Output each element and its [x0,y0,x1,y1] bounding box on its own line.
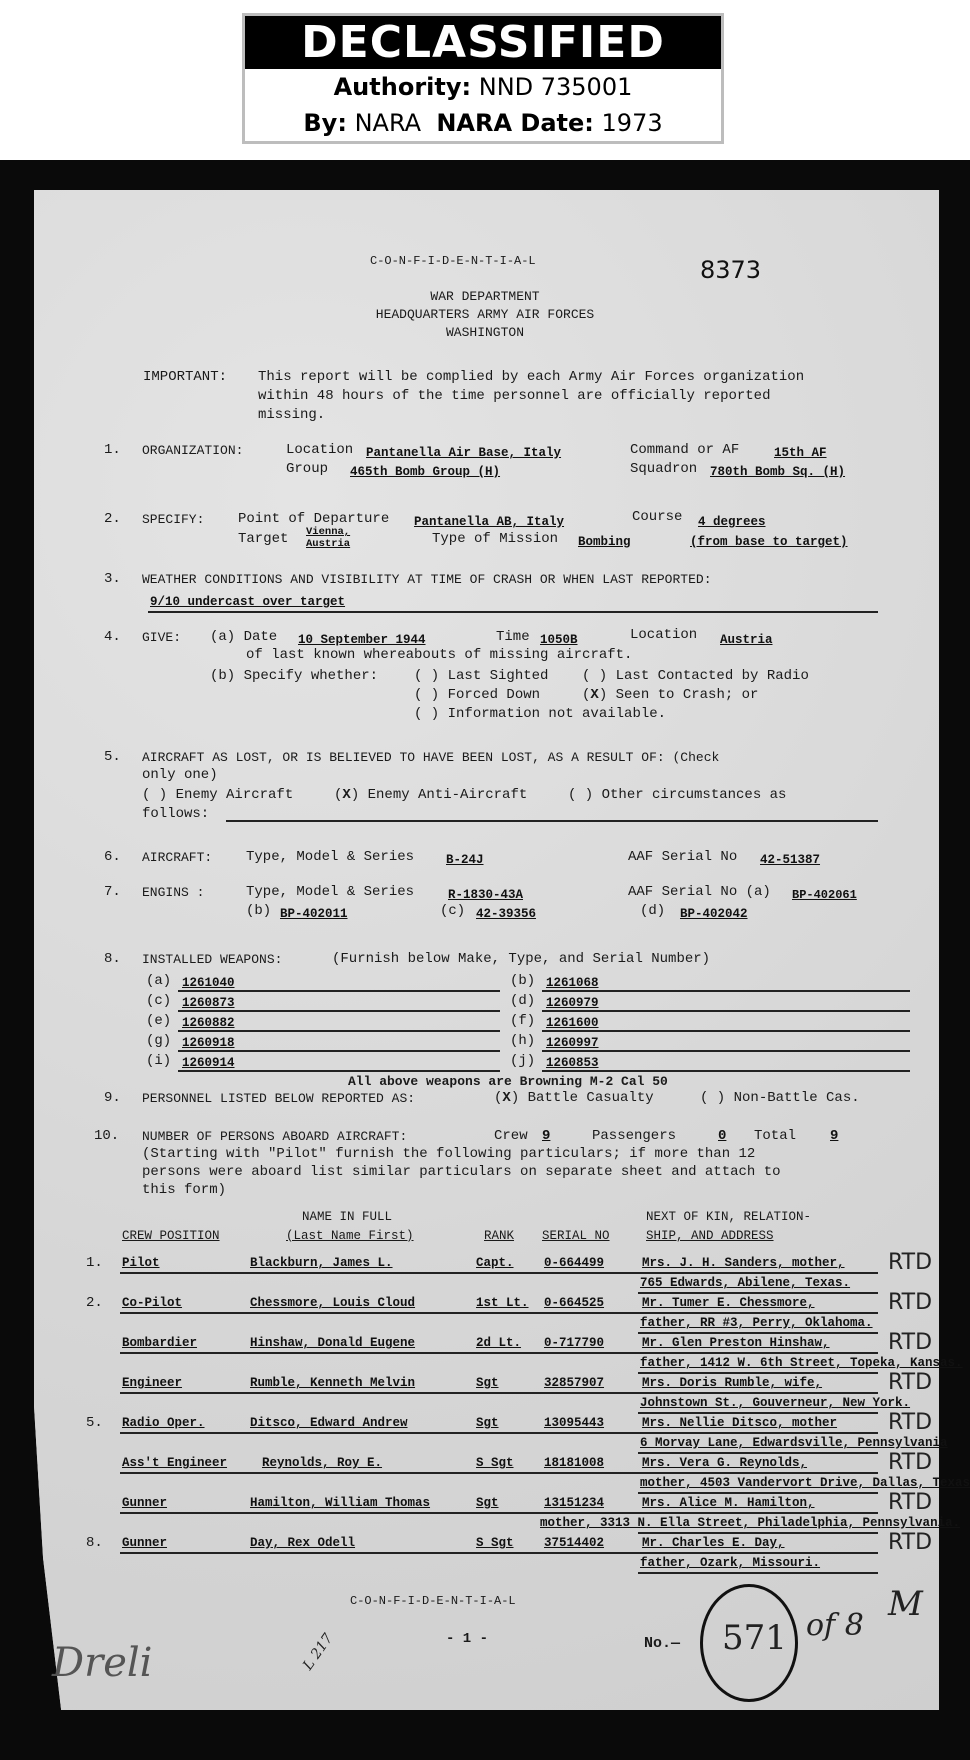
crew-row-rule [120,1352,878,1354]
crew-rank: Sgt [476,1374,499,1393]
item10-note2: persons were aboard list similar particu… [142,1163,781,1182]
crew-row-num: 5. [86,1414,103,1433]
weapon-key: (g) [146,1032,171,1051]
document-number: 8373 [700,256,761,284]
no-label: No.— [644,1634,680,1653]
item7-label: ENGINS : [142,883,204,902]
crew-kin-1: Mr. Glen Preston Hinshaw, [642,1334,830,1353]
crew-kin-2: father, RR #3, Perry, Oklahoma. [640,1314,873,1333]
passengers-count: 0 [718,1127,726,1146]
crew-name: Rumble, Kenneth Melvin [250,1374,415,1393]
crew-status-mark: RTD [888,1330,932,1355]
crew-status-mark: RTD [888,1530,932,1555]
opt-last-sighted[interactable]: ( ) Last Sighted [414,667,548,686]
crew-position: Engineer [122,1374,182,1393]
item10-label: NUMBER OF PERSONS ABOARD AIRCRAFT: [142,1127,407,1146]
weapon-key: (i) [146,1052,171,1071]
crew-rank: 2d Lt. [476,1334,521,1353]
squadron-label: Squadron [630,460,697,479]
crew-position: Bombardier [122,1334,197,1353]
location-label: Location [286,441,353,460]
important-label: IMPORTANT: [143,368,227,387]
crew-status-mark: RTD [888,1410,932,1435]
squadron-field: 780th Bomb Sq. (H) [710,463,845,482]
declassified-title: DECLASSIFIED [245,16,721,69]
engine-serial-c: 42-39356 [476,905,536,924]
engine-serial-b: BP-402011 [280,905,348,924]
crew-kin-1: Mrs. Vera G. Reynolds, [642,1454,807,1473]
weapon-rule [542,1050,910,1052]
mission-field: Bombing [578,533,631,552]
engine-serial-a: BP-402061 [792,886,857,905]
header-kin-top: NEXT OF KIN, RELATION- [646,1208,811,1227]
crew-name: Hinshaw, Donald Eugene [250,1334,415,1353]
stamp-number: 571 [722,1618,787,1658]
weapon-rule [542,1030,910,1032]
item10-note1: (Starting with "Pilot" furnish the follo… [142,1145,755,1164]
engine-d-key: (d) [640,902,665,921]
time-label: Time [496,628,530,647]
weapon-key: (e) [146,1012,171,1031]
handwritten-right: M [888,1584,923,1624]
weapon-key: (c) [146,992,171,1011]
command-field: 15th AF [774,444,827,463]
item3-label: WEATHER CONDITIONS AND VISIBILITY AT TIM… [142,570,712,589]
date-label: (a) Date [210,628,277,647]
weapon-rule [178,1010,500,1012]
course-label: Course [632,508,682,527]
weapon-rule [542,990,910,992]
opt-battle-casualty[interactable]: (X) Battle Casualty [494,1089,654,1108]
crew-status-mark: RTD [888,1250,932,1275]
header-crew-position: CREW POSITION [122,1227,220,1246]
crew-name: Reynolds, Roy E. [262,1454,382,1473]
item10-num: 10. [94,1127,119,1146]
follows-label: follows: [142,805,209,824]
header-serial: SERIAL NO [542,1227,610,1246]
opt-last-contacted[interactable]: ( ) Last Contacted by Radio [582,667,809,686]
weather-rule [148,611,878,613]
crew-kin-1: Mrs. Doris Rumble, wife, [642,1374,822,1393]
crew-row-num: 8. [86,1534,103,1553]
item8-num: 8. [104,950,121,969]
weapon-rule [178,1050,500,1052]
header-kin: SHIP, AND ADDRESS [646,1227,774,1246]
crew-rank: S Sgt [476,1454,514,1473]
engine-serial-label: AAF Serial No (a) [628,883,771,902]
crew-name: Ditsco, Edward Andrew [250,1414,408,1433]
crew-position: Pilot [122,1254,160,1273]
opt-info-not-available[interactable]: ( ) Information not available. [414,705,666,724]
crew-row-rule [120,1472,878,1474]
aircraft-serial-field: 42-51387 [760,851,820,870]
opt-forced-down[interactable]: ( ) Forced Down [414,686,540,705]
item5-num: 5. [104,748,121,767]
aircraft-type-label: Type, Model & Series [246,848,414,867]
weapon-key: (b) [510,972,535,991]
aircraft-type-field: B-24J [446,851,484,870]
item9-num: 9. [104,1089,121,1108]
crew-status-mark: RTD [888,1490,932,1515]
authority-line: Authority: NND 735001 [245,69,721,105]
header-rank: RANK [484,1227,514,1246]
weapon-key: (f) [510,1012,535,1031]
crew-status-mark: RTD [888,1290,932,1315]
command-label: Command or AF [630,441,739,460]
opt-non-battle[interactable]: ( ) Non-Battle Cas. [700,1089,860,1108]
item2-label: SPECIFY: [142,510,204,529]
item6-num: 6. [104,848,121,867]
crew-row-num: 1. [86,1254,103,1273]
handwritten-left: Dreli [52,1640,152,1686]
item8-note: (Furnish below Make, Type, and Serial Nu… [332,950,710,969]
by-line: By: NARA NARA Date: 1973 [245,105,721,141]
crew-kin-1: Mrs. Alice M. Hamilton, [642,1494,815,1513]
item5-label2: only one) [142,766,218,785]
course-field: 4 degrees [698,513,766,532]
weapon-rule [178,1030,500,1032]
crew-name: Hamilton, William Thomas [250,1494,430,1513]
crew-name: Day, Rex Odell [250,1534,355,1553]
location4-label: Location [630,626,697,645]
opt-enemy-anti-aircraft[interactable]: (X) Enemy Anti-Aircraft [334,786,527,805]
crew-position: Gunner [122,1534,167,1553]
mission-label: Type of Mission [432,530,558,549]
crew-row-rule [120,1272,878,1274]
crew-label: Crew [494,1127,528,1146]
item5-label: AIRCRAFT AS LOST, OR IS BELIEVED TO HAVE… [142,748,719,767]
city-title: WASHINGTON [0,323,970,342]
follows-rule [226,820,878,822]
group-field: 465th Bomb Group (H) [350,463,500,482]
crew-serial: 13151234 [544,1494,604,1513]
important-text-1: This report will be complied by each Arm… [258,368,804,387]
crew-rank: Capt. [476,1254,514,1273]
crew-row-rule [120,1392,878,1394]
crew-serial: 0-664525 [544,1294,604,1313]
specify-label: (b) Specify whether: [210,667,378,686]
target-field: Vienna, Austria [306,526,376,550]
crew-rank: Sgt [476,1414,499,1433]
crew-row-num: 2. [86,1294,103,1313]
header-name: (Last Name First) [286,1227,414,1246]
crew-serial: 18181008 [544,1454,604,1473]
important-text-2: within 48 hours of the time personnel ar… [258,387,770,406]
crew-serial: 37514402 [544,1534,604,1553]
aircraft-serial-label: AAF Serial No [628,848,737,867]
weapon-rule [542,1010,910,1012]
crew-rank: S Sgt [476,1534,514,1553]
classification-bottom: C-O-N-F-I-D-E-N-T-I-A-L [350,1592,516,1611]
crew-count: 9 [542,1127,550,1146]
crew-kin-2: father, Ozark, Missouri. [640,1554,820,1573]
crew-status-mark: RTD [888,1370,932,1395]
crew-kin-1: Mrs. Nellie Ditsco, mother [642,1414,837,1433]
opt-enemy-aircraft[interactable]: ( ) Enemy Aircraft [142,786,293,805]
weapon-key: (a) [146,972,171,991]
item2-num: 2. [104,510,121,529]
opt-other-circumstances[interactable]: ( ) Other circumstances as [568,786,786,805]
crew-kin-1: Mr. Charles E. Day, [642,1534,785,1553]
crew-kin-1: Mr. Tumer E. Chessmore, [642,1294,815,1313]
weapon-rule [178,990,500,992]
crew-kin-rule [638,1572,878,1574]
item4-num: 4. [104,628,121,647]
classification-top: C-O-N-F-I-D-E-N-T-I-A-L [370,252,536,271]
page-fraction: of 8 [806,1608,864,1643]
crew-kin-2: 765 Edwards, Abilene, Texas. [640,1274,850,1293]
weapon-key: (d) [510,992,535,1011]
crew-position: Gunner [122,1494,167,1513]
engine-c-key: (c) [440,902,465,921]
hq-title: HEADQUARTERS ARMY AIR FORCES [0,305,970,324]
location4-field: Austria [720,631,773,650]
scanned-document: C-O-N-F-I-D-E-N-T-I-A-L 8373 WAR DEPARTM… [0,160,970,1760]
dept-title: WAR DEPARTMENT [0,287,970,306]
crew-name: Chessmore, Louis Cloud [250,1294,415,1313]
whereabouts-text: of last known whereabouts of missing air… [246,646,632,665]
passengers-label: Passengers [592,1127,676,1146]
crew-serial: 13095443 [544,1414,604,1433]
weapon-key: (h) [510,1032,535,1051]
crew-row-rule [120,1512,878,1514]
total-label: Total [754,1127,796,1146]
item10-note3: this form) [142,1181,226,1200]
crew-row-rule [120,1312,878,1314]
engine-serial-d: BP-402042 [680,905,748,924]
crew-rank: Sgt [476,1494,499,1513]
target-label: Target [238,530,288,549]
total-count: 9 [830,1127,838,1146]
page-number: - 1 - [446,1630,488,1649]
item8-label: INSTALLED WEAPONS: [142,950,282,969]
course-note: (from base to target) [690,533,848,552]
opt-seen-to-crash[interactable]: (X) Seen to Crash; or [582,686,758,705]
item9-label: PERSONNEL LISTED BELOW REPORTED AS: [142,1089,415,1108]
location-field: Pantanella Air Base, Italy [366,444,561,463]
item1-label: ORGANIZATION: [142,441,243,460]
crew-status-mark: RTD [888,1450,932,1475]
crew-rank: 1st Lt. [476,1294,529,1313]
crew-position: Ass't Engineer [122,1454,227,1473]
crew-serial: 0-664499 [544,1254,604,1273]
group-label: Group [286,460,328,479]
weather-field: 9/10 undercast over target [150,593,345,612]
item3-num: 3. [104,570,121,589]
item7-num: 7. [104,883,121,902]
crew-name: Blackburn, James L. [250,1254,393,1273]
crew-serial: 32857907 [544,1374,604,1393]
item1-num: 1. [104,441,121,460]
crew-kin-2: Johnstown St., Gouverneur, New York. [640,1394,910,1413]
weapon-key: (j) [510,1052,535,1071]
header-name-top: NAME IN FULL [302,1208,392,1227]
engine-b-key: (b) [246,902,271,921]
engine-type-label: Type, Model & Series [246,883,414,902]
crew-position: Radio Oper. [122,1414,205,1433]
declassified-banner: DECLASSIFIED Authority: NND 735001 By: N… [242,13,724,144]
item4-label: GIVE: [142,628,181,647]
item6-label: AIRCRAFT: [142,848,212,867]
crew-row-rule [120,1432,878,1434]
crew-serial: 0-717790 [544,1334,604,1353]
important-text-3: missing. [258,406,325,425]
crew-position: Co-Pilot [122,1294,182,1313]
crew-row-rule [120,1552,878,1554]
crew-kin-1: Mrs. J. H. Sanders, mother, [642,1254,845,1273]
